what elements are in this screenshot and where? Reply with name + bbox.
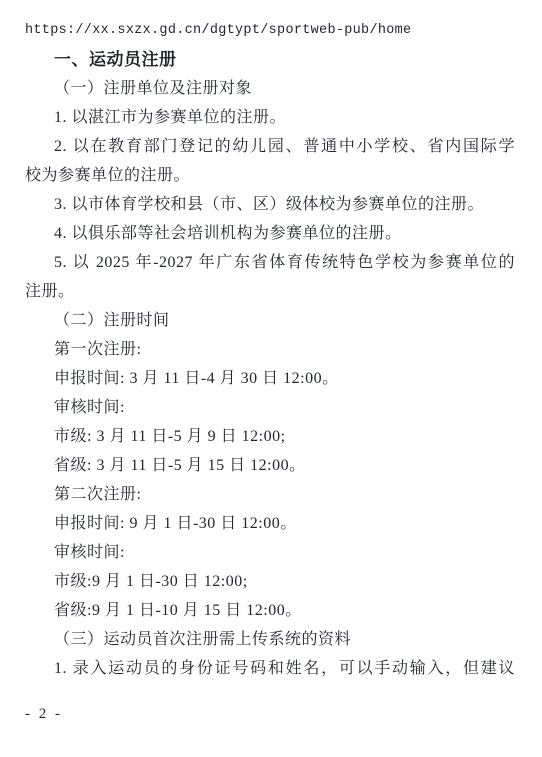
text-line: 3. 以市体育学校和县（市、区）级体校为参赛单位的注册。 bbox=[25, 190, 515, 219]
text-line: 一、运动员注册 bbox=[25, 45, 515, 74]
document-text: https://xx.sxzx.gd.cn/dgtypt/sportweb-pu… bbox=[25, 16, 515, 683]
text-line: 4. 以俱乐部等社会培训机构为参赛单位的注册。 bbox=[25, 219, 515, 248]
text-line: 第一次注册: bbox=[25, 335, 515, 364]
text-line: 省级: 3 月 11 日-5 月 15 日 12:00。 bbox=[25, 451, 515, 480]
text-line: 审核时间: bbox=[25, 393, 515, 422]
text-line: 注册。 bbox=[25, 277, 515, 306]
page-number: - 2 - bbox=[25, 700, 63, 729]
text-line: （三）运动员首次注册需上传系统的资料 bbox=[25, 625, 515, 654]
text-line: （二）注册时间 bbox=[25, 306, 515, 335]
text-line: 申报时间: 9 月 1 日-30 日 12:00。 bbox=[25, 509, 515, 538]
text-line: 审核时间: bbox=[25, 538, 515, 567]
text-line: （一）注册单位及注册对象 bbox=[25, 74, 515, 103]
text-line: 申报时间: 3 月 11 日-4 月 30 日 12:00。 bbox=[25, 364, 515, 393]
text-line: 市级: 3 月 11 日-5 月 9 日 12:00; bbox=[25, 422, 515, 451]
text-line: 第二次注册: bbox=[25, 480, 515, 509]
text-line: 市级:9 月 1 日-30 日 12:00; bbox=[25, 567, 515, 596]
text-line: 校为参赛单位的注册。 bbox=[25, 161, 515, 190]
text-line: 2. 以在教育部门登记的幼儿园、普通中小学校、省内国际学 bbox=[25, 132, 515, 161]
document-page: https://xx.sxzx.gd.cn/dgtypt/sportweb-pu… bbox=[0, 0, 542, 757]
text-line: 1. 以湛江市为参赛单位的注册。 bbox=[25, 103, 515, 132]
text-line: 省级:9 月 1 日-10 月 15 日 12:00。 bbox=[25, 596, 515, 625]
text-line: https://xx.sxzx.gd.cn/dgtypt/sportweb-pu… bbox=[25, 16, 515, 45]
text-line: 1. 录入运动员的身份证号码和姓名，可以手动输入，但建议 bbox=[25, 654, 515, 683]
text-line: 5. 以 2025 年-2027 年广东省体育传统特色学校为参赛单位的 bbox=[25, 248, 515, 277]
